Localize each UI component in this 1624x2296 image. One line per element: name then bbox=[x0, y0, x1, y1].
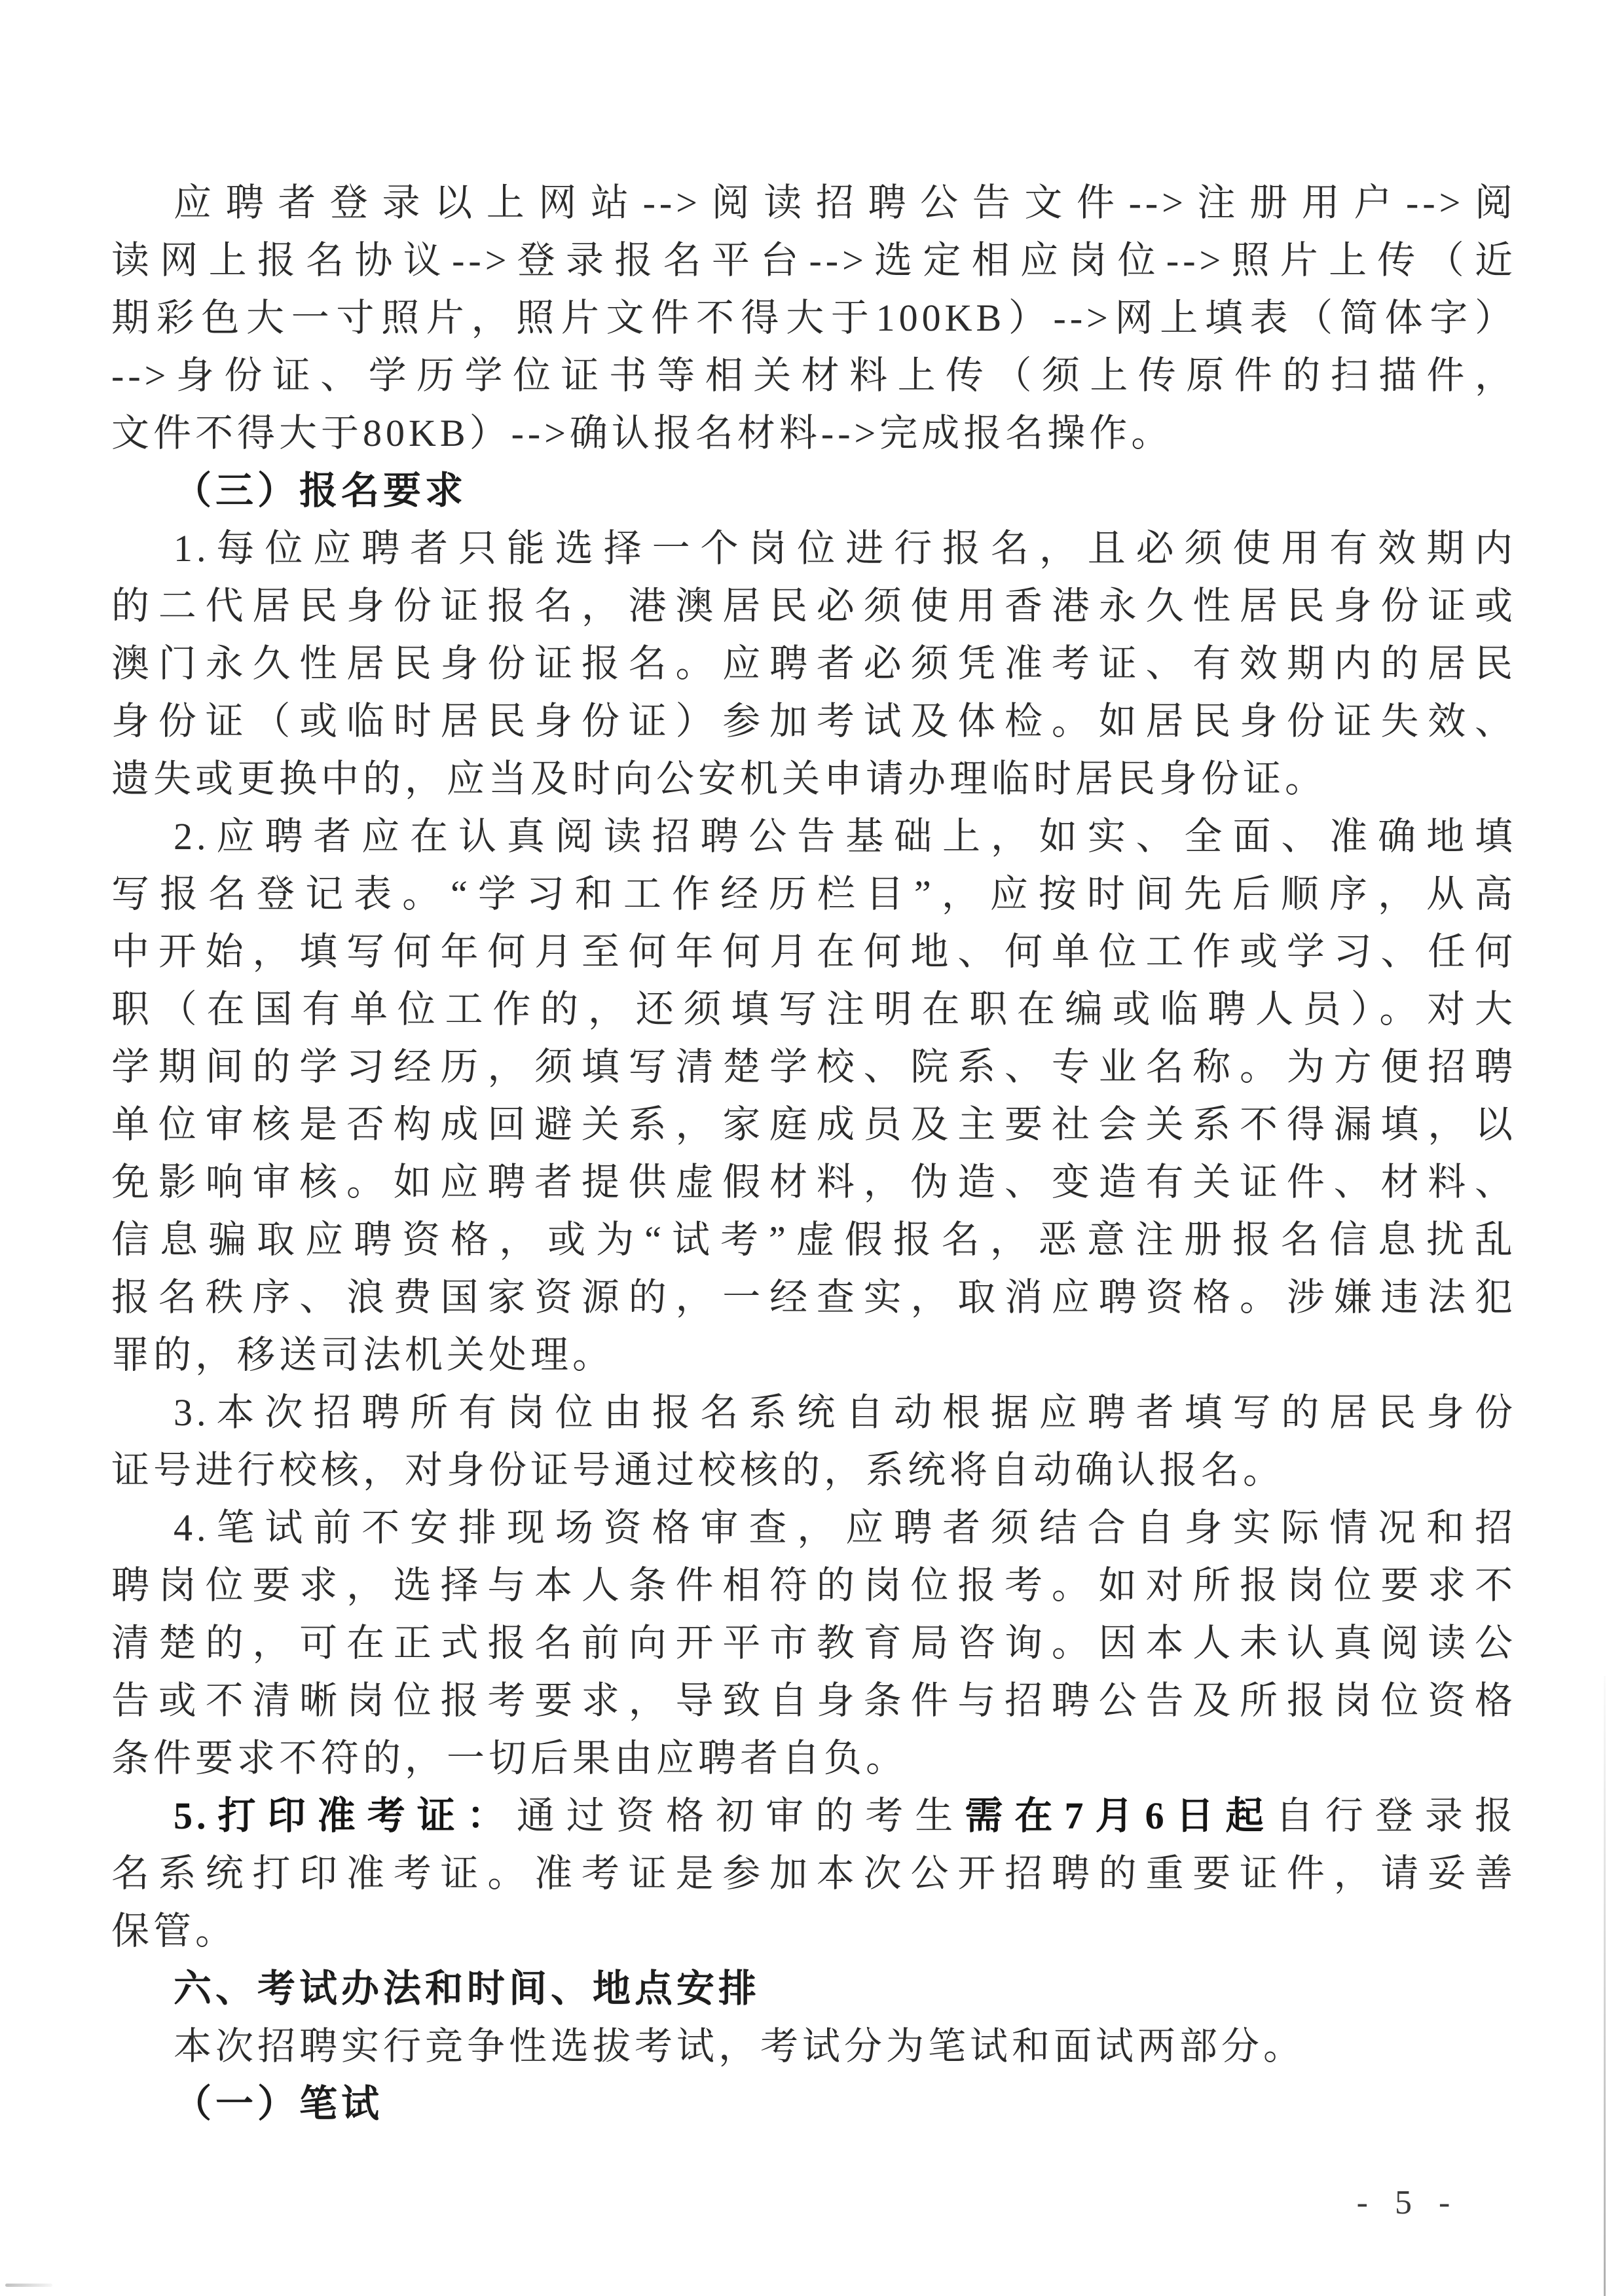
document-line-print-ticket: 5.打印准考证：通过资格初审的考生需在7月6日起自行登录报 bbox=[111, 1787, 1517, 1845]
document-line: 3.本次招聘所有岗位由报名系统自动根据应聘者填写的居民身份 bbox=[111, 1384, 1517, 1442]
plain-text: 自行登录报 bbox=[1276, 1795, 1517, 1837]
document-line: 职（在国有单位工作的，还须填写注明在职在编或临聘人员）。对大 bbox=[111, 981, 1517, 1038]
document-line: 清楚的，可在正式报名前向开平市教育局咨询。因本人未认真阅读公 bbox=[111, 1614, 1517, 1672]
document-line: 4.笔试前不安排现场资格审查，应聘者须结合自身实际情况和招 bbox=[111, 1499, 1517, 1557]
document-line: 2.应聘者应在认真阅读招聘公告基础上，如实、全面、准确地填 bbox=[111, 808, 1517, 866]
document-line: 保管。 bbox=[111, 1903, 1517, 1960]
document-line: 告或不清晰岗位报考要求，导致自身条件与招聘公告及所报岗位资格 bbox=[111, 1672, 1517, 1730]
document-line: 信息骗取应聘资格，或为“试考”虚假报名，恶意注册报名信息扰乱 bbox=[111, 1211, 1517, 1269]
document-line: 身份证（或临时居民身份证）参加考试及体检。如居民身份证失效、 bbox=[111, 693, 1517, 750]
document-body: 应聘者登录以上网站-->阅读招聘公告文件-->注册用户-->阅 读网上报名协议-… bbox=[111, 174, 1517, 2133]
document-line: -->身份证、学历学位证书等相关材料上传（须上传原件的扫描件， bbox=[111, 347, 1517, 405]
plain-text: 通过资格初审的考生 bbox=[517, 1795, 965, 1837]
document-line: 澳门永久性居民身份证报名。应聘者必须凭准考证、有效期内的居民 bbox=[111, 635, 1517, 693]
scanned-document-page: 应聘者登录以上网站-->阅读招聘公告文件-->注册用户-->阅 读网上报名协议-… bbox=[0, 0, 1624, 2296]
scan-artifact-smudge bbox=[5, 2284, 52, 2287]
page-number: - 5 - bbox=[1336, 2180, 1480, 2226]
document-line: 本次招聘实行竞争性选拔考试，考试分为笔试和面试两部分。 bbox=[111, 2018, 1517, 2075]
document-line: 读网上报名协议-->登录报名平台-->选定相应岗位-->照片上传（近 bbox=[111, 232, 1517, 289]
scan-artifact-vertical-line bbox=[1604, 1676, 1606, 2296]
document-line: 中开始，填写何年何月至何年何月在何地、何单位工作或学习、任何 bbox=[111, 923, 1517, 981]
section-heading-written-test: （一）笔试 bbox=[111, 2075, 1517, 2133]
document-line: 聘岗位要求，选择与本人条件相符的岗位报考。如对所报岗位要求不 bbox=[111, 1557, 1517, 1614]
bold-text-date: 需在7月6日起 bbox=[965, 1795, 1275, 1837]
document-line: 1.每位应聘者只能选择一个岗位进行报名，且必须使用有效期内 bbox=[111, 520, 1517, 577]
document-line: 罪的，移送司法机关处理。 bbox=[111, 1326, 1517, 1384]
document-line: 名系统打印准考证。准考证是参加本次公开招聘的重要证件，请妥善 bbox=[111, 1845, 1517, 1903]
bold-text-print-ticket-label: 5.打印准考证： bbox=[174, 1795, 517, 1837]
section-heading-registration-requirements: （三）报名要求 bbox=[111, 462, 1517, 520]
document-line: 的二代居民身份证报名，港澳居民必须使用香港永久性居民身份证或 bbox=[111, 577, 1517, 635]
document-line: 条件要求不符的，一切后果由应聘者自负。 bbox=[111, 1730, 1517, 1787]
document-line: 遗失或更换中的，应当及时向公安机关申请办理临时居民身份证。 bbox=[111, 750, 1517, 808]
document-line: 学期间的学习经历，须填写清楚学校、院系、专业名称。为方便招聘 bbox=[111, 1038, 1517, 1096]
document-line: 免影响审核。如应聘者提供虚假材料，伪造、变造有关证件、材料、 bbox=[111, 1154, 1517, 1211]
document-line: 写报名登记表。“学习和工作经历栏目”，应按时间先后顺序，从高 bbox=[111, 866, 1517, 923]
document-line: 报名秩序、浪费国家资源的，一经查实，取消应聘资格。涉嫌违法犯 bbox=[111, 1269, 1517, 1326]
document-line: 单位审核是否构成回避关系，家庭成员及主要社会关系不得漏填，以 bbox=[111, 1096, 1517, 1154]
document-line: 文件不得大于80KB）-->确认报名材料-->完成报名操作。 bbox=[111, 405, 1517, 462]
document-line: 期彩色大一寸照片，照片文件不得大于100KB）-->网上填表（简体字） bbox=[111, 289, 1517, 347]
document-line: 证号进行校核，对身份证号通过校核的，系统将自动确认报名。 bbox=[111, 1442, 1517, 1499]
section-heading-exam-arrangement: 六、考试办法和时间、地点安排 bbox=[111, 1960, 1517, 2018]
document-line: 应聘者登录以上网站-->阅读招聘公告文件-->注册用户-->阅 bbox=[111, 174, 1517, 232]
